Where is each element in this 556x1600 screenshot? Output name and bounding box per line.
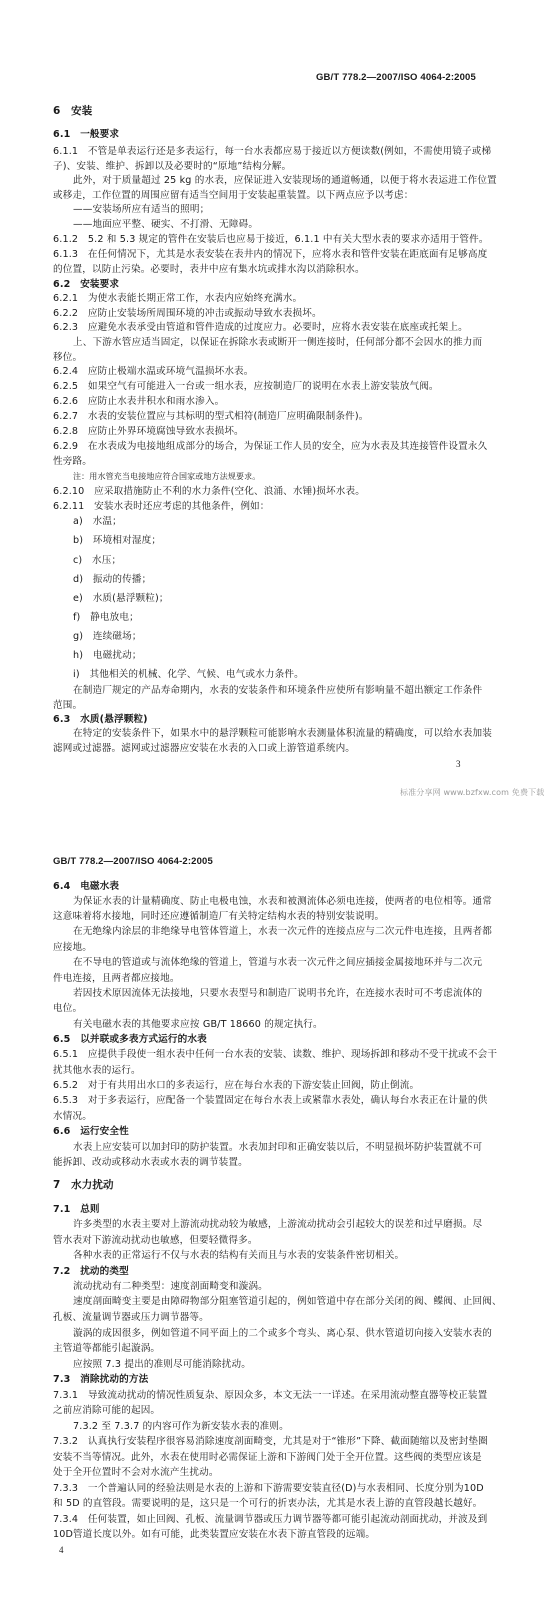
- body-text-line: 许多类型的水表主要对上游流动扰动较为敏感，上游流动扰动会引起较大的误差和过早磨损…: [73, 1219, 482, 1231]
- body-text-line: 扰其他水表的运行。: [53, 1065, 141, 1077]
- body-text-line: 有关电磁水表的其他要求应按 GB/T 18660 的规定执行。: [73, 1019, 323, 1031]
- body-text-line: 在不导电的管道或与流体绝缘的管道上，管道与水表一次元件之间应插接金属接地环并与二…: [73, 957, 482, 969]
- body-text-line: 这意味着将水接地，同时还应遵循制造厂有关特定结构水表的特别安装说明。: [53, 911, 384, 923]
- page-number: 4: [59, 1544, 64, 1556]
- body-text-line: 若因技术原因流体无法接地，只要水表型号和制造厂说明书允许，在连接水表时可不考虑流…: [73, 988, 482, 1000]
- section-heading: 6.6 运行安全性: [53, 1126, 129, 1138]
- body-text-line: 水情况。: [53, 1111, 92, 1123]
- body-text-line: 孔板、流量调节器或压力调节器等。: [53, 1312, 209, 1324]
- body-text-line: 7.3.2 至 7.3.7 的内容可作为新安装水表的准则。: [73, 1421, 289, 1433]
- body-text-line: 应接地。: [53, 942, 92, 954]
- section-heading: 7 水力扰动: [53, 1179, 114, 1191]
- body-text-line: 和 5D 的直管段。需要说明的是，这只是一个可行的折衷办法，尤其是水表上游的直管…: [53, 1498, 482, 1510]
- body-text-line: 漩涡的成因很多，例如管道不同平面上的二个或多个弯头、离心泵、供水管道切向接入安装…: [73, 1328, 492, 1340]
- body-text-line: 7.3.1 导致流动扰动的情况性质复杂、原因众多，本文无法一一详述。在采用流动整…: [53, 1390, 487, 1402]
- section-heading: 7.3 消除扰动的方法: [53, 1374, 148, 1386]
- body-text-line: 7.3.3 一个普遍认同的经验法则是水表的上游和下游需要安装直径(D)与水表相同…: [53, 1483, 484, 1495]
- body-text-line: 6.5.2 对于有共用出水口的多表运行，应在每台水表的下游安装止回阀，防止倒流。: [53, 1080, 419, 1092]
- body-text-line: 7.3.4 任何装置，如止回阀、孔板、流量调节器或压力调节器等都可能引起流动剖面…: [53, 1514, 487, 1526]
- page-4: GB/T 778.2—2007/ISO 4064-2:2005 6.4 电磁水表…: [0, 0, 556, 1600]
- section-heading: 7.1 总则: [53, 1204, 100, 1216]
- body-text-line: 流动扰动有二种类型：速度剖面畸变和漩涡。: [73, 1281, 268, 1293]
- body-text-line: 7.3.2 认真执行安装程序很容易消除速度剖面畸变，尤其是对于“锥形”下降、截面…: [53, 1436, 488, 1448]
- body-text-line: 管水表对下游流动扰动也敏感，但要轻微得多。: [53, 1235, 258, 1247]
- body-text-line: 主管道等都能引起漩涡。: [53, 1343, 160, 1355]
- body-text-line: 能拆卸、改动或移动水表或水表的调节装置。: [53, 1157, 248, 1169]
- body-text-line: 电位。: [53, 1003, 82, 1015]
- page-header: GB/T 778.2—2007/ISO 4064-2:2005: [53, 856, 213, 868]
- section-heading: 6.4 电磁水表: [53, 881, 119, 893]
- body-text-line: 水表上应安装可以加封印的防护装置。水表加封印和正确安装以后，不明显损坏防护装置就…: [73, 1142, 482, 1154]
- body-text-line: 安装不当等情况。此外，水表在使用时必需保证上游和下游阀门处于全开位置。这些阀的类…: [53, 1452, 482, 1464]
- body-text-line: 10D管道长度以外。如有可能，此类装置应安装在水表下游直管段的远端。: [53, 1529, 375, 1541]
- body-text-line: 6.5.3 对于多表运行，应配备一个装置固定在每台水表上或紧靠水表处，确认每台水…: [53, 1095, 487, 1107]
- body-text-line: 各种水表的正常运行不仅与水表的结构有关而且与水表的安装条件密切相关。: [73, 1250, 404, 1262]
- section-heading: 6.5 以并联或多表方式运行的水表: [53, 1034, 207, 1046]
- body-text-line: 为保证水表的计量精确度、防止电极电蚀，水表和被测流体必须电连接，使两者的电位相等…: [73, 896, 492, 908]
- body-text-line: 之前应消除可能的起因。: [53, 1405, 160, 1417]
- body-text-line: 速度剖面畸变主要是由障碍物部分阻塞管道引起的，例如管道中存在部分关闭的阀、鲽阀、…: [73, 1296, 502, 1308]
- body-text-line: 在无绝缘内涂层的非绝缘导电管体管道上，水表一次元件的连接点应与二次元件电连接，且…: [73, 926, 492, 938]
- body-text-line: 处于全开位置时不会对水流产生扰动。: [53, 1467, 219, 1479]
- section-heading: 7.2 扰动的类型: [53, 1266, 129, 1278]
- body-text-line: 应按照 7.3 提出的准则尽可能消除扰动。: [73, 1359, 251, 1371]
- body-text-line: 6.5.1 应提供手段使一组水表中任何一台水表的安装、读数、维护、现场拆卸和移动…: [53, 1049, 497, 1061]
- body-text-line: 件电连接，且两者都应接地。: [53, 973, 180, 985]
